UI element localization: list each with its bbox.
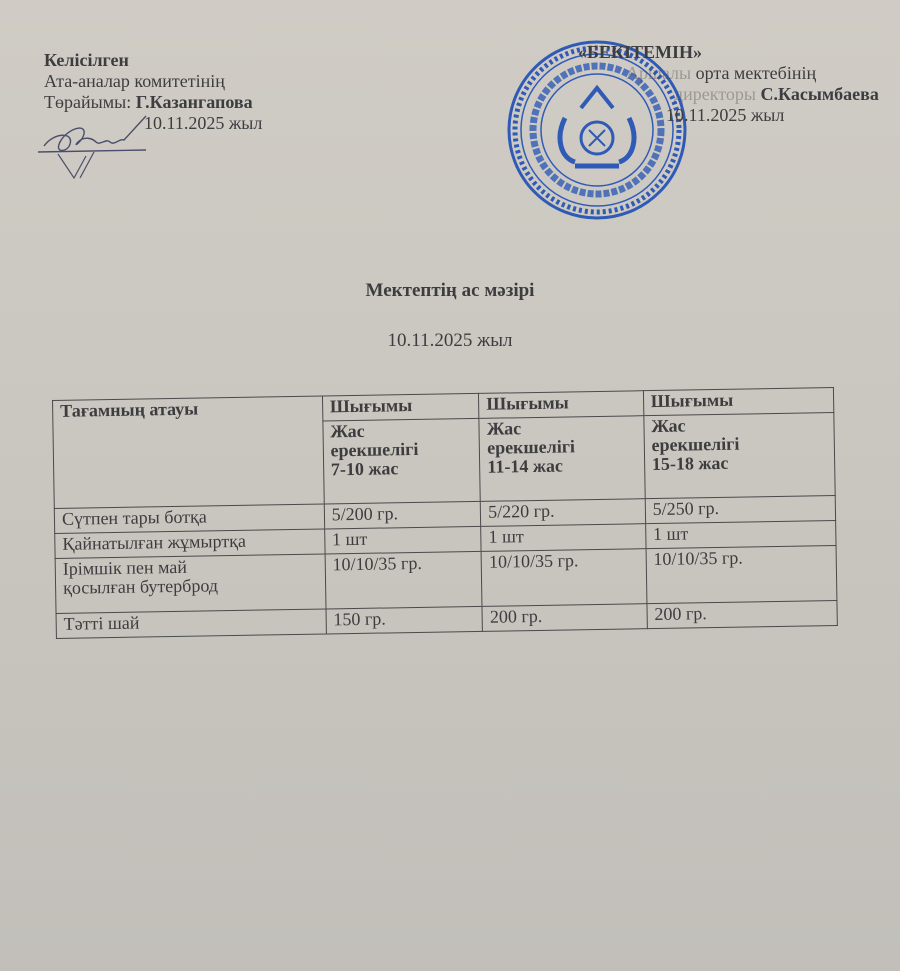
portion-value: 1 шт (645, 521, 836, 549)
director-line: директоры С.Касымбаева (578, 84, 879, 105)
approved-date: 10.11.2025 жыл (578, 105, 879, 126)
age-label: Жас (330, 420, 472, 441)
portion-value: 1 шт (324, 526, 481, 554)
output-header: Шығымы (322, 393, 479, 421)
age-label: ерекшелігі (330, 439, 472, 460)
portion-value: 10/10/35 гр. (481, 549, 646, 607)
school-label: орта мектебінің (696, 63, 817, 83)
menu-table: Тағамның атауы Шығымы Шығымы Шығымы Жас … (52, 387, 838, 639)
dish-name-header: Тағамның атауы (53, 396, 324, 508)
school-line: Аршалы орта мектебінің (578, 63, 879, 84)
dish-name: Тәтті шай (56, 609, 326, 638)
page-title: Мектептің ас мәзірі (0, 280, 900, 302)
dish-name-line: қосылған бутерброд (63, 575, 318, 598)
age-group-header-7-10: Жас ерекшелігі 7-10 жас (323, 418, 481, 504)
age-range: 7-10 жас (331, 458, 473, 479)
dish-name: Ірімшік пен май қосылған бутерброд (55, 554, 326, 613)
portion-value: 200 гр. (647, 601, 838, 629)
director-name: С.Касымбаева (761, 84, 879, 104)
portion-value: 10/10/35 гр. (646, 546, 837, 604)
document-page: Келісілген Ата-аналар комитетінің Төрайы… (0, 0, 900, 971)
portion-value: 10/10/35 гр. (325, 551, 482, 609)
approved-block: «БЕКІТЕМІН» Аршалы орта мектебінің дирек… (578, 42, 879, 126)
director-label-obscured: директоры (674, 84, 756, 104)
signature-icon (34, 112, 154, 182)
output-header: Шығымы (479, 391, 644, 419)
portion-value: 5/200 гр. (324, 501, 481, 529)
committee-line: Ата-аналар комитетінің (44, 71, 262, 92)
age-range: 15-18 жас (652, 452, 828, 474)
menu-date: 10.11.2025 жыл (0, 330, 900, 352)
chairperson-line: Төрайымы: Г.Казангапова (44, 92, 262, 113)
school-name-obscured: Аршалы (626, 63, 691, 83)
age-range: 11-14 жас (487, 455, 637, 476)
portion-value: 5/220 гр. (480, 499, 645, 527)
age-group-header-15-18: Жас ерекшелігі 15-18 жас (644, 413, 836, 499)
approved-heading: «БЕКІТЕМІН» (578, 42, 879, 63)
portion-value: 150 гр. (326, 606, 483, 634)
portion-value: 5/250 гр. (645, 496, 836, 524)
portion-value: 200 гр. (482, 604, 647, 632)
agreed-heading: Келісілген (44, 50, 262, 71)
age-group-header-11-14: Жас ерекшелігі 11-14 жас (479, 416, 645, 502)
portion-value: 1 шт (481, 524, 646, 552)
output-header: Шығымы (643, 388, 834, 416)
chairperson-name: Г.Казангапова (136, 92, 253, 112)
chairperson-label: Төрайымы: (44, 92, 131, 112)
